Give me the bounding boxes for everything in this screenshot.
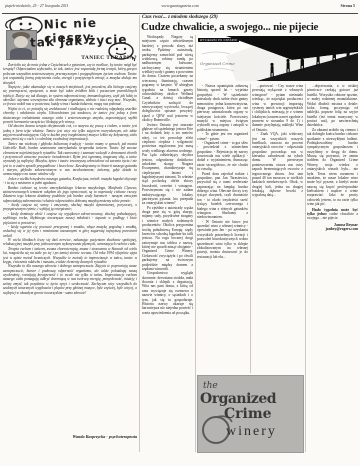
sign-text-winery: winery: [226, 424, 277, 440]
right-article-kicker: Czas rwać... z miodem słodszego (29): [142, 15, 358, 20]
harvest-illustration-photo: WYCIECZKI PO ONTARIO Organized Crime: [196, 36, 358, 81]
photo-series-label: WYCIECZKI PO ONTARIO: [198, 38, 239, 42]
right-article-column-4: ...dojrzewania, a w niskiej piwniczce cz…: [307, 84, 358, 452]
sign-text-the: the: [203, 381, 218, 391]
header-rule: [2, 13, 358, 14]
column-rule-2: [250, 84, 251, 373]
right-article-column-4-text: ...dojrzewania, a w niskiej piwniczce cz…: [307, 84, 358, 207]
column-rule-1: [195, 35, 196, 452]
newspaper-page: piątek-niedziela, 25 - 27 listopada 2011…: [0, 0, 360, 466]
sign-text-crime: Crime: [224, 406, 272, 422]
header-page-number: Strona 5: [341, 3, 355, 8]
right-article-column-3: ...portować. - Czy wasze wina powstają w…: [252, 84, 303, 373]
left-article-body: Zwróciła się do mnie jedna z Czytelnicze…: [3, 63, 137, 431]
page-header: piątek-niedziela, 25 - 27 listopada 2011…: [0, 3, 360, 13]
right-article-headline: Cudze chwalicie, a swojego... nie pijeci…: [141, 21, 359, 33]
sign-text-organized: Organized: [200, 391, 300, 407]
right-article-column-1: Wodospady Niagary są miejscem często odw…: [142, 35, 193, 452]
right-article-author-block: Janusz Beynar janbey@rogers.com: [307, 223, 358, 232]
harvest-illustration-drawing: [196, 36, 358, 81]
left-article-subtitle: TANIEC TERAPIĄ?: [2, 55, 137, 61]
closing-slogan: Hasło tygodnia może być tylko jedno: cud…: [307, 208, 358, 221]
column-rule-3: [305, 84, 306, 452]
section-divider: [139, 15, 140, 452]
right-article-author-email: janbey@rogers.com: [307, 227, 358, 232]
header-website: www.gazetagazeta.com: [0, 3, 360, 8]
right-article-column-2: - Nazwa upamiętnia zabawną historię sprz…: [197, 84, 248, 373]
winery-sign-photo: the Organized Crime winery: [197, 375, 304, 453]
left-article-author: Wanda Kasprzycka - psychoterapeuta: [3, 434, 137, 439]
photo-script-caption: Organized Crime: [200, 61, 254, 66]
